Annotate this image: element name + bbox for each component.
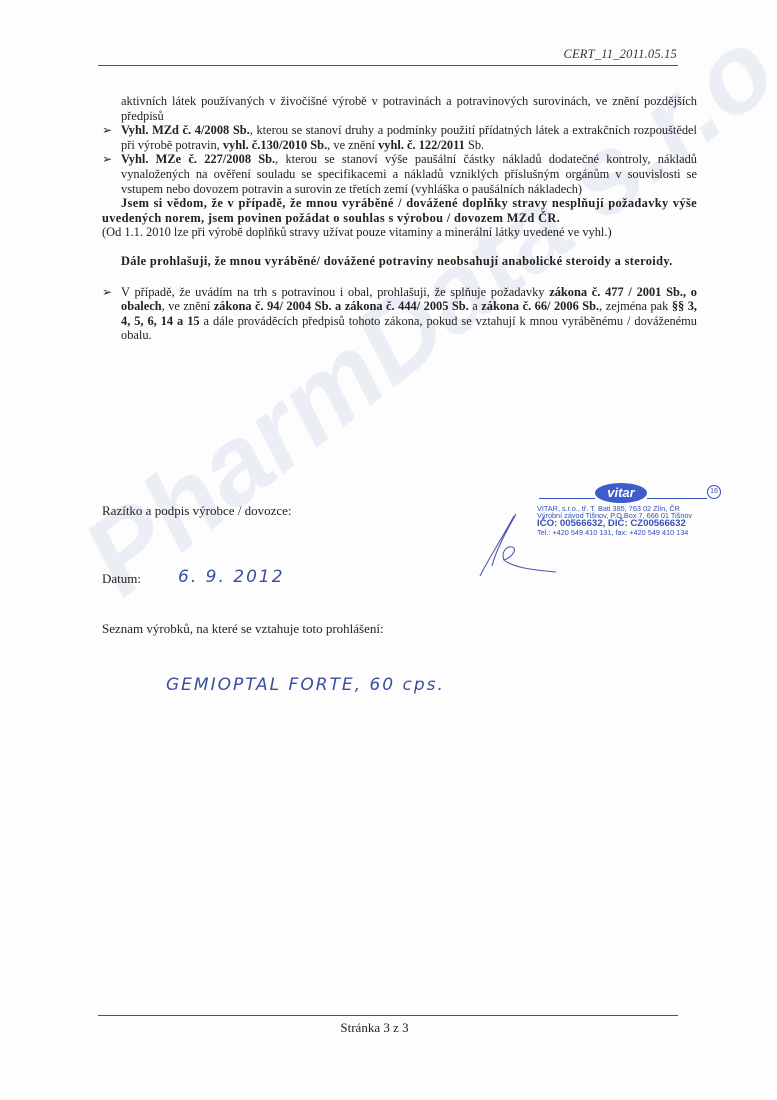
document-body: aktivních látek používaných v živočišné …	[102, 94, 697, 343]
list-item: ➢ Vyhl. MZe č. 227/2008 Sb., kterou se s…	[102, 152, 697, 196]
handwritten-signature	[430, 510, 560, 580]
arrow-bullet-icon: ➢	[102, 123, 112, 138]
list-item: ➢ V případě, že uvádím na trh s potravin…	[102, 285, 697, 343]
list-item: ➢ Vyhl. MZd č. 4/2008 Sb., kterou se sta…	[102, 123, 697, 152]
continuation-paragraph: aktivních látek používaných v živočišné …	[102, 94, 697, 123]
document-page: PharmData s.r.o. CERT_11_2011.05.15 akti…	[0, 0, 777, 1100]
date-value: 6. 9. 2012	[178, 567, 285, 587]
note-vitamins: (Od 1.1. 2010 lze při výrobě doplňků str…	[102, 225, 697, 240]
arrow-bullet-icon: ➢	[102, 152, 112, 167]
date-label: Datum:	[102, 571, 141, 587]
company-stamp: vitar 16 VITAR, s.r.o., tř. T. Bati 385,…	[537, 479, 727, 554]
statement-steroids: Dále prohlašuji, že mnou vyráběné/ dováž…	[102, 254, 697, 269]
stamp-line	[647, 498, 707, 499]
vitar-logo: vitar	[595, 483, 647, 503]
products-label: Seznam výrobků, na které se vztahuje tot…	[102, 621, 384, 637]
document-code: CERT_11_2011.05.15	[563, 47, 677, 62]
arrow-bullet-icon: ➢	[102, 285, 112, 300]
page-number: Stránka 3 z 3	[0, 1020, 777, 1036]
stamp-number: 16	[707, 485, 721, 499]
stamp-signature-label: Razítko a podpis výrobce / dovozce:	[102, 503, 292, 519]
product-list-value: GEMIOPTAL FORTE, 60 cps.	[166, 675, 445, 695]
stamp-line	[539, 498, 595, 499]
footer-rule	[98, 1015, 678, 1016]
header-rule	[98, 65, 678, 66]
statement-awareness: Jsem si vědom, že v případě, že mnou vyr…	[102, 196, 697, 225]
